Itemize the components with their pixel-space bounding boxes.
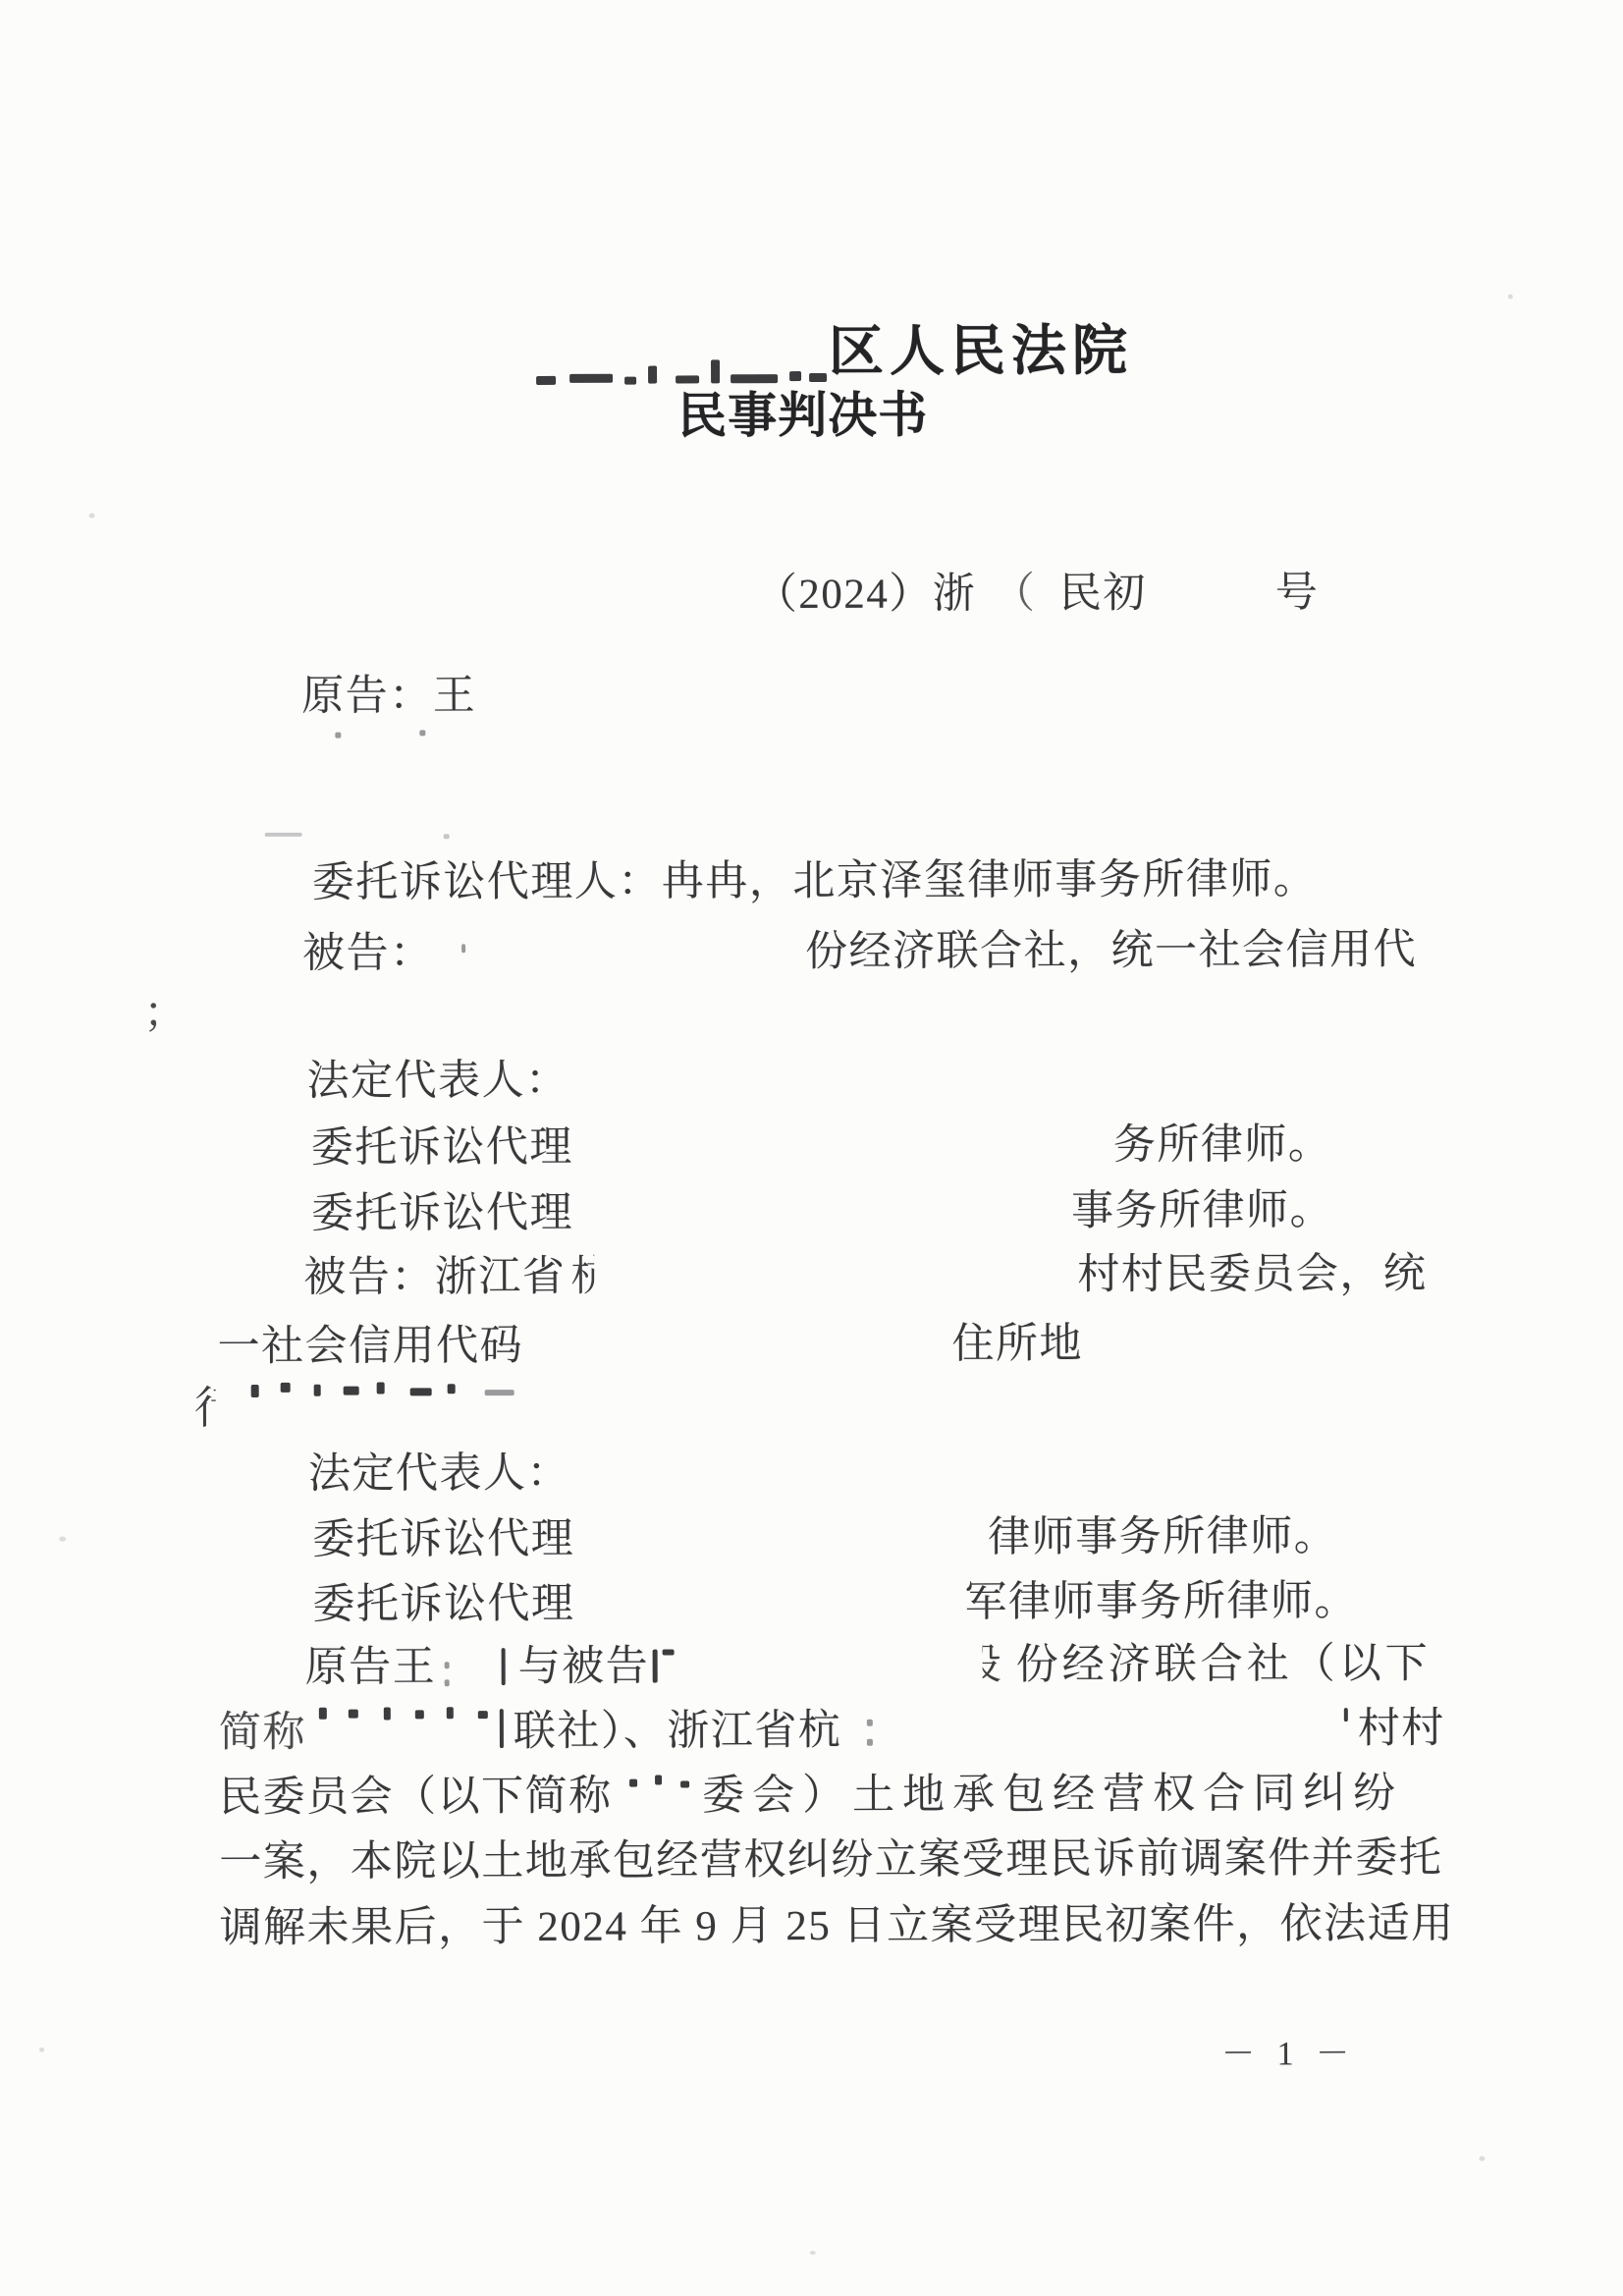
def2-agent-a-line: 委托诉讼代理 律师事务所律师。 <box>2 1510 1623 1575</box>
address-remnant-line: 行 <box>2 1378 1623 1443</box>
scan-speck <box>810 2251 816 2255</box>
def2-agent-b-right: 军律师事务所律师。 <box>964 1576 1358 1628</box>
case-number-line: （2024）浙 （ 民初 号 <box>0 567 1622 631</box>
scan-speck <box>39 2048 44 2052</box>
body1-seg1: 原告王 <box>305 1642 437 1693</box>
plaintiff-line: 原告：王 <box>0 667 1622 732</box>
body-line-5: 调解未果后，于 2024 年 9 月 25 日立案受理民初案件，依法适用 <box>3 1898 1623 1963</box>
defendant2-address-label: 住所地 <box>951 1319 1083 1370</box>
defendant2-line: 被告：浙江省 杭 村村民委员会，统 <box>1 1248 1623 1313</box>
def1-agent-a-left: 委托诉讼代理 <box>311 1122 573 1175</box>
def2-agent-a-right: 律师事务所律师。 <box>988 1511 1337 1563</box>
legal-rep2-text: 法定代表人： <box>308 1449 570 1501</box>
doc-type-title: 民事判决书 <box>677 387 928 445</box>
plaintiff-text: 原告：王 <box>301 671 476 723</box>
judgment-document-page: 区人民法院 民事判决书 （2024）浙 （ 民初 号 原告：王 委托诉讼代理人：… <box>0 0 1623 2296</box>
def1-agent-a-line: 委托诉讼代理 务所律师。 <box>1 1119 1623 1183</box>
plaintiff-agent-line: 委托诉讼代理人：冉冉，北京泽玺律师事务所律师。 <box>0 853 1623 918</box>
def1-agent-b-right: 事务所律师。 <box>1071 1185 1333 1237</box>
defendant2-code-line: 一社会信用代码 住所地 <box>1 1317 1623 1382</box>
def2-agent-a-left: 委托诉讼代理 <box>312 1514 574 1566</box>
body2-seg1: 简称 <box>219 1708 306 1759</box>
body-line-4: 一案，本院以土地承包经营权纠纷立案受理民诉前调案件并委托 <box>3 1832 1623 1897</box>
def2-agent-b-left: 委托诉讼代理 <box>312 1579 574 1631</box>
page-number-line: － 1 － <box>4 2028 1623 2093</box>
court-name-visible: 区人民法院 <box>829 321 1133 383</box>
scanned-text-layer: 区人民法院 民事判决书 （2024）浙 （ 民初 号 原告：王 委托诉讼代理人：… <box>0 0 1623 2296</box>
scan-speck <box>1479 2157 1485 2161</box>
legal-rep1-line: 法定代表人： <box>0 1052 1623 1117</box>
defendant2-cut-character: 杭 <box>570 1252 594 1307</box>
case-number-middle: 民初 <box>1059 569 1147 620</box>
body3-seg1: 民委员会（以下简称 <box>219 1772 613 1824</box>
body5-text: 调解未果后，于 2024 年 9 月 25 日立案受理民初案件，依法适用 <box>219 1899 1454 1954</box>
case-number-suffix: 号 <box>1275 568 1320 619</box>
defendant2-right-text: 村村民委员会，统 <box>1077 1249 1427 1301</box>
credit-code-remnant-line: ； <box>0 983 1623 1048</box>
body1-seg3: 份经济联合社（以下 <box>1016 1639 1432 1691</box>
defendant1-right-text: 份经济联合社，统一社会信用代 <box>805 925 1417 978</box>
body2-seg2: 联社）、浙江省杭 <box>514 1706 842 1758</box>
def1-agent-a-right: 务所律师。 <box>1113 1120 1332 1172</box>
def1-agent-b-left: 委托诉讼代理 <box>311 1188 573 1240</box>
defendant1-line: 被告： 份经济联合社，统一社会信用代 <box>0 924 1623 989</box>
defendant1-label: 被告： <box>302 928 434 979</box>
redacted-line-remnant <box>0 726 1623 791</box>
body-line-1: 原告王 与被告 股 份经济联合社（以下 <box>3 1638 1623 1703</box>
body4-text: 一案，本院以土地承包经营权纠纷立案受理民诉前调案件并委托 <box>219 1833 1442 1888</box>
scan-speck <box>59 1537 66 1542</box>
address-cut-character: 行 <box>194 1383 216 1440</box>
body-line-2: 简称 联社）、浙江省杭 村村 <box>3 1703 1623 1768</box>
legal-rep1-text: 法定代表人： <box>306 1056 568 1108</box>
body1-seg2: 与被告 <box>518 1642 650 1693</box>
body2-seg3: 村村 <box>1358 1704 1445 1755</box>
defendant2-left-text: 被告：浙江省 <box>303 1252 566 1304</box>
body1-cut-character: 股 <box>983 1640 1004 1695</box>
case-number-prefix: （2024）浙 <box>755 569 977 621</box>
case-number-redaction-fragment: （ <box>993 569 1037 620</box>
doc-type-line: 民事判决书 <box>0 384 1621 449</box>
redacted-court-name-remnant <box>536 355 831 390</box>
body3-seg2: 委会）土地承包经营权合同纠纷 <box>702 1769 1403 1822</box>
def2-agent-b-line: 委托诉讼代理 军律师事务所律师。 <box>2 1575 1623 1640</box>
page-number: － 1 － <box>1221 2029 1356 2080</box>
defendant2-code-left: 一社会信用代码 <box>217 1321 523 1373</box>
plaintiff-agent-text: 委托诉讼代理人：冉冉，北京泽玺律师事务所律师。 <box>312 854 1318 909</box>
legal-rep2-line: 法定代表人： <box>2 1445 1623 1509</box>
body-line-3: 民委员会（以下简称 委会）土地承包经营权合同纠纷 <box>3 1768 1623 1832</box>
credit-code-fragment: ； <box>143 988 188 1039</box>
court-name-line: 区人民法院 <box>0 319 1621 384</box>
scan-speck <box>89 514 95 519</box>
scan-speck <box>1508 295 1513 300</box>
def1-agent-b-line: 委托诉讼代理 事务所律师。 <box>1 1184 1623 1249</box>
